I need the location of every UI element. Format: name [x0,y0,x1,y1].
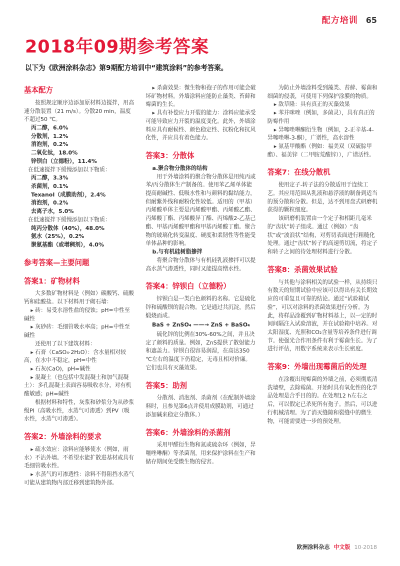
line-block: 氨水（25%），0.2% [24,233,135,241]
magazine-page: 配方培训 65 2018年09期参考答案 以下为《欧洲涂料杂志》第9期配方培训中… [0,0,400,566]
answer-heading: 答案4：锌钡白（立德粉） [146,282,257,291]
subhead-block: b.与有机硅树脂掺拌 [146,248,257,256]
para-block: 使用定子-转子法的分散适用于连续工艺。其应用范围从乳液和悬浮液的制备到适当的预分… [267,181,378,214]
line-block: 聚氨基酯（或增稠剂），4.0% [24,241,135,249]
para-block: 按照规定顺序边添加原材料边搅拌，用高速分散装置（21 m/s）。分散20 min… [24,99,135,124]
bullet-block: ▸ 混凝土（也包括中发混凝土和加气混凝土）：多孔混凝土表面容易吸收水分，对有机酸… [24,373,135,398]
para-block: 用于外墙涂料的聚合物分散体是用纯丙或苯/丙分散体生产制备的。使用苯乙烯单体能提高… [146,173,257,248]
line-block: 丙二醇，3.3% [24,174,135,182]
bullet-block: ▸ 石膏（CaSO₄·2H₂O）：含水量相对较高，在水中不稳定，pH=中性 [24,348,135,365]
columns: 基本配方按照规定顺序边添加原材料边搅拌，用高速分散装置（21 m/s）。分散20… [24,84,378,487]
bullet-block: ▸ 具有补偿应力开裂的能力：涂料应能承受可能导致应力开裂的温度变化。此外，外墙涂… [146,109,257,142]
bullet-block: ▸ 疏水效应：涂料应能够使水（例如，雨水）不沾外墙。不希望水能扩散进基材或具有毛… [24,445,135,470]
line-block: Texanol（成膜助剂），2.4% [24,191,135,199]
bullet-block: ▸ 敌草隆：具有真正的灭藻效果 [267,101,378,109]
answer-heading: 答案5：助剂 [146,381,257,390]
line-block: 丙二醇，6.0% [24,124,135,132]
footer-magazine-name: 欧洲涂料杂志 [297,543,330,551]
page-header: 配方培训 65 [322,13,377,26]
para-block: 锌钡白是一类白色颜料的名称。它是硫化锌和硫酸钡的混合物。它是通过共沉淀，然后煅烧… [146,295,257,320]
bullet-block: ▸ 氨基甲酸酯（例如：福美双（双硫腙甲酯）、福美锌（二甲胺荒酸锌）），广谱活性。 [267,143,378,160]
bullet-block: ▸ 苯并咪唑（例如，多菌灵），具有真正的防霉作用 [267,109,378,126]
para-block: 与其他与涂料相关的试验一样，从持续只有数天的短期试验中应该可以得出有关长期效应的… [267,278,378,353]
para-block: 采用甲醛衍生物和氮或硫杂环（例如，异噻唑啉酮）等杀菌剂，用来保护涂料在生产和储存… [146,441,257,466]
page-content: 配方培训 65 2018年09期参考答案 以下为《欧洲涂料杂志》第9期配方培训中… [0,0,400,566]
bullet-block: ▸ 异噻唑啉酮衍生物（例如，2-正辛基-4-异噻唑啉-3-酮），广谱性，高水溶性 [267,126,378,143]
column-3: 为防止外墙涂料受到藻类、苔藓、霉菌和细菌的侵袭，可使用下列保护涂膜的物质。▸ 敌… [267,84,378,487]
answer-heading: 答案9：外墙出现霉菌后的处理 [267,363,378,372]
page-number: 65 [366,16,377,26]
bullet-block: ▸ 杀菌效果：微生物和孢子的作用可能会破坏矿物材料。外墙涂料应能防止藻类、苔藓和… [146,84,257,109]
page-subtitle: 以下为《欧洲涂料杂志》第9期配方培训中“建筑涂料”的参考答案。 [25,62,228,72]
para-block: 根据材料和特性，灰浆和砂浆分为从砂浆级PI（高吸水性，水蒸气可渗透）到PV（吸水… [24,398,135,423]
para-block: 将聚合物分散体与有机硅乳液掺拌可以提高水蒸气渗透性，同时又能提高憎水性。 [146,256,257,273]
equation-block: BaS + ZnSO₄ ——→ ZnS + BaSO₄ [146,321,257,329]
line-block: 消泡剂，0.2% [24,199,135,207]
line-block: 锌钡白（立德粉），11.4% [24,157,135,165]
line-block: 杀菌剂，0.1% [24,183,135,191]
line-block: 消泡剂，0.2% [24,141,135,149]
answer-heading: 答案6：外墙涂料的杀菌剂 [146,428,257,437]
subhead-block: a.聚合物分散体的结构 [146,164,257,172]
answer-heading: 答案2：外墙涂料的要求 [24,432,135,441]
answer-heading: 参考答案—主要问题 [24,258,135,267]
para-block: 还使用了以下建筑材料： [24,340,135,348]
answer-heading: 答案8：杀菌效果试验 [267,265,378,274]
bullet-block: ▸ 水蒸气的可渗透性：涂料不得阻挡水蒸气可能从建筑物内部迁移到建筑物外部。 [24,470,135,487]
answer-heading: 答案1：矿物材料 [24,277,135,286]
bullet-block: ▸ 石灰(CaO)，pH=碱性 [24,365,135,373]
answer-heading: 答案7：在线分散机 [267,168,378,177]
page-title: 2018年09期参考答案 [25,33,209,58]
para-block: 该研磨机装置由一个定子和相距几毫米的“齿状”转子组成。通过（例如）“齿状”或“波… [267,215,378,257]
column-2: ▸ 杀菌效果：微生物和孢子的作用可能会破坏矿物材料。外墙涂料应能防止藻类、苔藓和… [146,84,257,487]
bullet-block: ▸ 灰砂砖：毛细管吸水率高；pH=中性至碱性 [24,323,135,340]
line-block: 纯丙分散体（40%），48.0% [24,224,135,232]
para-block: 在涂覆出现霉菌的外墙之前，必须彻底清洗墙壁，去除霉菌。开始时具有氧化性的化学品处… [267,375,378,425]
note-block: 在低速搅拌下缓慢添加以下物质： [24,216,135,224]
para-block: 硫化锌的比例在30%-60%之间，并且决定了颜料的质量。例如，ZnS提供了散射能… [146,330,257,372]
para-block: 分散剂、消泡剂、杀菌剂（在配制外墙涂料时，且参见第6点并使用成膜助剂，可通过添加… [146,394,257,419]
answer-heading: 答案3：分散体 [146,152,257,161]
page-footer: 欧洲涂料杂志 中文版 10·2018 [297,543,377,551]
para-block: 大多数矿物材料是（例如）碳酸钙、硫酸钙和硅酸盐。以下材料用于砌石墙： [24,290,135,307]
line-block: 分散剂，1.2% [24,132,135,140]
footer-edition-label: 中文版 [334,543,351,551]
answer-heading: 基本配方 [24,86,135,95]
column-1: 基本配方按照规定顺序边添加原材料边搅拌，用高速分散装置（21 m/s）。分散20… [24,84,135,487]
note-block: 在低速搅拌下缓慢添加以下物质： [24,166,135,174]
line-block: 去离子水，5.0% [24,208,135,216]
para-block: 为防止外墙涂料受到藻类、苔藓、霉菌和细菌的侵袭，可使用下列保护涂膜的物质。 [267,84,378,101]
section-label: 配方培训 [322,13,358,26]
line-block: 二氧化钛，18.0% [24,149,135,157]
footer-issue-number: 10·2018 [354,544,377,551]
bullet-block: ▸ 砖：易受水溶性盐的侵蚀；pH=中性至碱性 [24,306,135,323]
